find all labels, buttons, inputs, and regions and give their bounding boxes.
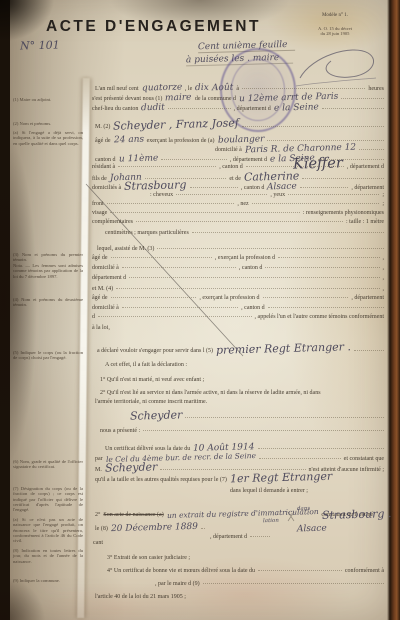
form-line-face: visage : renseignements physionomiques <box>92 210 384 217</box>
print-label: s'est présenté devant nous (1) <box>92 96 162 103</box>
handwritten-correction: lation <box>263 517 279 525</box>
form-line-witness1: lequel, assisté de M. (3) <box>97 246 384 253</box>
print-label: département d <box>92 275 126 282</box>
print-label: qu'il a la taille et les autres qualités… <box>95 477 227 484</box>
form-line-witness1-age: âgé de , exerçant la profession d , <box>92 255 384 262</box>
form-line-decl1: 1° Qu'il n'est ni marié, ni veuf avec en… <box>100 377 384 384</box>
form-line-marks: centimètres ; marques particulières <box>105 230 384 237</box>
dotted-rule <box>250 536 270 537</box>
print-label: : cheveux <box>150 192 173 199</box>
print-label: de la commune d <box>195 96 236 103</box>
print-label: l'article 40 de la loi du 21 mars 1905 ; <box>95 594 186 601</box>
form-line-article-law: l'article 40 de la loi du 21 mars 1905 ; <box>95 594 384 601</box>
handwritten-signature: Scheyder <box>130 411 183 420</box>
form-line-signature: Scheyder <box>130 412 384 420</box>
dotted-rule <box>122 307 238 308</box>
print-label: , par le maire d (9) <box>155 581 200 588</box>
dotted-rule <box>157 248 384 249</box>
dotted-rule <box>300 187 348 188</box>
form-line-parents-domicile: domiciliés à Strasbourg , canton d Alsac… <box>92 182 384 192</box>
print-label: par <box>95 456 103 463</box>
dotted-rule <box>242 126 384 127</box>
model-reference: Modèle n° 1. <box>296 13 374 18</box>
dotted-rule <box>111 297 197 298</box>
print-label: 3° Extrait de son casier judiciaire ; <box>107 555 190 562</box>
form-line-witness1-dept: département d , <box>92 275 384 282</box>
handwritten-entry: u 12ème arrt de Paris <box>239 93 339 104</box>
act-number-handwritten: N° 101 <box>20 41 60 50</box>
print-label: domiciliés à <box>92 185 121 192</box>
form-line-birth-dept: , département d <box>210 534 270 541</box>
handwritten-regiment: 1er Regt Etranger <box>230 473 332 484</box>
dotted-rule <box>359 149 384 150</box>
print-label: domicilié à <box>92 305 119 312</box>
decree-reference: A. O. 15 du décret du 28 juin 1905 <box>292 26 378 37</box>
print-label: à la loi, <box>92 325 110 332</box>
print-label: âgé de <box>92 255 108 262</box>
print-label: , canton d <box>241 185 265 192</box>
print-label: dans lequel il demande à entrer ; <box>230 488 308 495</box>
print-label: A cet effet, il a fait la déclaration : <box>105 362 187 369</box>
form-line-qualities: qu'il a la taille et les autres qualités… <box>95 474 384 484</box>
form-line-decl2: 2° Qu'il n'est lié au service ni dans l'… <box>100 390 384 397</box>
dotted-rule <box>203 583 384 584</box>
document-title: ACTE D'ENGAGEMENT <box>46 18 261 36</box>
dotted-rule <box>129 277 379 278</box>
margin-note-4: (4) Nom et prénoms du deuxième témoin. <box>13 297 83 308</box>
photographed-document: ACTE D'ENGAGEMENT N° 101 Modèle n° 1. A.… <box>0 0 400 620</box>
print-label: : renseignements physionomiques <box>303 210 384 217</box>
dotted-rule <box>265 267 379 268</box>
print-label: , canton d <box>241 305 265 312</box>
dotted-rule <box>242 88 365 89</box>
handwritten-entry: quatorze <box>141 83 182 92</box>
handwritten-name: Scheyder <box>105 463 158 472</box>
print-label: heures <box>368 86 384 93</box>
print-label: , département d <box>210 534 247 541</box>
handwritten-insert-dans: dans <box>297 505 310 513</box>
print-label: , département d <box>347 164 384 171</box>
print-label: chef-lieu du canton <box>92 106 138 113</box>
form-line-birth-canton: cant <box>93 540 110 547</box>
form-line-witness2-domicile: domicilié à , canton d <box>92 305 384 312</box>
print-label: , département d <box>234 106 271 113</box>
form-line-decl2b: l'armée territoriale, ni comme inscrit m… <box>95 399 384 406</box>
print-label: , exerçant la profession d <box>199 295 259 302</box>
handwritten-entry: 24 ans <box>113 136 143 145</box>
dotted-rule <box>176 194 267 195</box>
dotted-rule <box>322 108 384 109</box>
print-label: ; <box>382 192 384 199</box>
print-label: d <box>92 314 95 321</box>
print-label: , exerçant la profession d <box>215 255 275 262</box>
form-line-by-mayor: , par le maire d (9) <box>155 581 384 588</box>
form-line-criminal-record: 3° Extrait de son casier judiciaire ; <box>107 555 384 562</box>
print-label: canton d <box>95 157 116 164</box>
dotted-rule <box>263 297 349 298</box>
print-label: , département <box>351 185 384 192</box>
margin-note-3: (3) Nom et prénoms du premier témoin. <box>13 252 83 263</box>
dotted-rule <box>192 232 384 233</box>
print-label: 4° Un certificat de bonne vie et mœurs d… <box>107 568 255 575</box>
print-label: nous a présenté : <box>100 428 140 435</box>
margin-note-6: (6) Nom, grade et qualité de l'officier … <box>13 459 83 470</box>
print-label: complémentaires <box>92 219 133 226</box>
print-label: 2° <box>95 512 100 519</box>
handwritten-entry: Août <box>212 84 234 93</box>
print-label: M. <box>95 467 102 474</box>
form-line-front-nose: front , nez ; <box>92 201 384 208</box>
print-label: cant <box>93 540 103 547</box>
print-label: 2° Qu'il n'est lié au service ni dans l'… <box>100 390 321 397</box>
print-label: , département d <box>230 157 267 164</box>
margin-note-1: (1) Maire ou adjoint. <box>13 97 83 102</box>
form-line-hair-eyes: : cheveux , yeux ; <box>150 192 384 199</box>
form-line-witness2: et M. (4) , <box>92 286 384 293</box>
dotted-rule <box>107 203 235 204</box>
form-line-good-conduct: 4° Un certificat de bonne vie et mœurs d… <box>107 568 384 575</box>
form-line-date: L'an mil neuf cent quatorze , le dix Aoû… <box>95 84 384 93</box>
form-line-witness1-domicile: domicilié à , canton d , <box>92 265 384 272</box>
print-label: , <box>383 265 385 272</box>
form-line-mayor: s'est présenté devant nous (1) maire de … <box>92 94 384 103</box>
print-label: , nez <box>237 201 248 208</box>
print-label: : taille : 1 mètre <box>346 219 384 226</box>
dotted-rule <box>258 570 342 571</box>
dotted-rule <box>278 257 379 258</box>
form-line-domicile: domicilié à Paris R. de Charonne 12 <box>215 145 384 154</box>
handwritten-birthplace: Strasbourg . <box>322 510 392 520</box>
dotted-rule <box>161 159 227 160</box>
dotted-rule <box>288 194 379 195</box>
print-label-struck: Son acte de naissance (a) <box>103 512 163 519</box>
form-line-canton: chef-lieu du canton dudit , département … <box>92 104 384 113</box>
print-label: et M. (4) <box>92 286 113 293</box>
handwritten-entry: boulanger <box>217 135 264 144</box>
print-label: centimètres ; marques particulières <box>105 230 189 237</box>
form-line-enlistment: a déclaré vouloir s'engager pour servir … <box>97 345 384 355</box>
handwritten-entry: dix <box>195 84 209 92</box>
print-label: visage <box>92 210 107 217</box>
handwritten-name: Scheyder , Franz Josef <box>113 119 239 130</box>
form-line-presented: nous a présenté : <box>100 428 384 435</box>
dotted-rule <box>341 98 384 99</box>
dotted-rule <box>268 307 384 308</box>
form-line-law: à la loi, <box>92 325 384 332</box>
handwritten-entry: Alsace <box>267 183 297 192</box>
handwritten-entry: e la Seine <box>274 103 319 112</box>
print-label: , canton d <box>219 164 243 171</box>
dotted-rule <box>143 430 384 431</box>
dotted-rule <box>98 316 252 317</box>
margin-note-7a: (a) Si ce n'est pas un acte de naissance… <box>13 517 83 543</box>
dotted-rule <box>190 187 238 188</box>
print-label: ; <box>382 201 384 208</box>
handwritten-birthdate: 20 Décembre 1889 <box>111 523 198 533</box>
handwritten-surname-kieffer: Kieffer <box>293 159 343 168</box>
print-label: , appelés l'un et l'autre comme témoins … <box>255 314 384 321</box>
margin-note-5: (5) Indiquer le corps (ou la fraction de… <box>13 350 83 361</box>
print-label: 1° Qu'il n'est ni marié, ni veuf avec en… <box>100 377 204 384</box>
print-label: résidant à <box>92 164 115 171</box>
print-label: le (8) <box>95 526 108 533</box>
form-line-birthdate: le (8) 20 Décembre 1889 <box>95 524 200 533</box>
handwritten-entry: Strasbourg <box>124 181 187 191</box>
dotted-rule <box>354 350 384 351</box>
margin-note-nota: Nota. — Les femmes sont admises comme té… <box>13 263 83 279</box>
dotted-rule <box>168 108 230 109</box>
print-label: âgé de <box>95 138 111 145</box>
print-label: , département <box>351 295 384 302</box>
handwritten-regiment: premier Regt Etranger . <box>216 343 351 355</box>
print-label: L'an mil neuf cent <box>95 86 139 93</box>
print-label: exerçant la profession de (a) <box>147 138 215 145</box>
print-label: , <box>383 275 385 282</box>
print-label: âgé de <box>92 295 108 302</box>
margin-note-2a: (a) Si l'engagé a déjà servi, on indique… <box>13 130 83 146</box>
print-label: lequel, assisté de M. (3) <box>97 246 154 253</box>
form-line-witness2-age: âgé de , exerçant la profession d , dépa… <box>92 295 384 302</box>
dotted-rule <box>258 448 384 449</box>
form-line-declaration: A cet effet, il a fait la déclaration : <box>105 362 384 369</box>
dotted-rule <box>110 212 299 213</box>
dotted-rule <box>252 203 380 204</box>
print-label: et constatant que <box>344 456 384 463</box>
handwritten-entry: u 11ème <box>118 154 157 163</box>
print-label: a déclaré vouloir s'engager pour servir … <box>97 348 213 355</box>
form-line-wishes-enter: dans lequel il demande à entrer ; <box>230 488 384 495</box>
dotted-rule <box>122 267 236 268</box>
form-line-witnesses-called: d , appelés l'un et l'autre comme témoin… <box>92 314 384 321</box>
handwritten-entry: maire <box>165 94 192 103</box>
print-label: , <box>383 286 385 293</box>
dotted-rule <box>111 257 212 258</box>
form-line-name: M. (2) Scheyder , Franz Josef <box>95 121 384 131</box>
margin-note-9: (9) Indiquer la commune. <box>13 578 83 583</box>
handwritten-registry: un extrait du registre d'immatriculation <box>167 508 319 520</box>
print-label: , yeux <box>270 192 285 199</box>
book-binding-edge <box>387 0 400 620</box>
print-label: Un certificat délivré sous la date du <box>105 446 190 453</box>
margin-note-8: (8) Indication en toutes lettres du jour… <box>13 548 83 564</box>
print-label: l'armée territoriale, ni comme inscrit m… <box>95 399 207 406</box>
margin-note-7: (7) Désignation du corps (ou de la fract… <box>13 486 83 512</box>
dotted-rule <box>160 469 305 470</box>
dotted-rule <box>267 140 384 141</box>
print-label: conformément à <box>345 568 384 575</box>
decree-line2: du 28 juin 1905 <box>292 31 378 36</box>
dotted-rule <box>116 288 379 289</box>
print-label: M. (2) <box>95 124 110 131</box>
print-label: , <box>383 255 385 262</box>
dotted-rule <box>118 166 216 167</box>
dotted-rule <box>259 458 341 459</box>
dotted-rule <box>185 417 384 418</box>
margin-note-2: (2) Nom et prénoms. <box>13 121 83 126</box>
print-label: à <box>236 86 239 93</box>
print-label: front <box>92 201 104 208</box>
handwritten-region: Alsace <box>297 525 327 534</box>
handwritten-entry: Catherine <box>244 172 300 181</box>
dotted-rule <box>302 178 384 179</box>
print-label: domicilié à <box>215 147 242 154</box>
form-line-height: complémentaires : taille : 1 mètre <box>92 219 384 226</box>
print-label: , canton d <box>239 265 263 272</box>
print-label: domicilié à <box>92 265 119 272</box>
dotted-rule <box>136 221 343 222</box>
dotted-rule <box>201 528 205 529</box>
handwritten-entry: dudit <box>141 104 165 113</box>
